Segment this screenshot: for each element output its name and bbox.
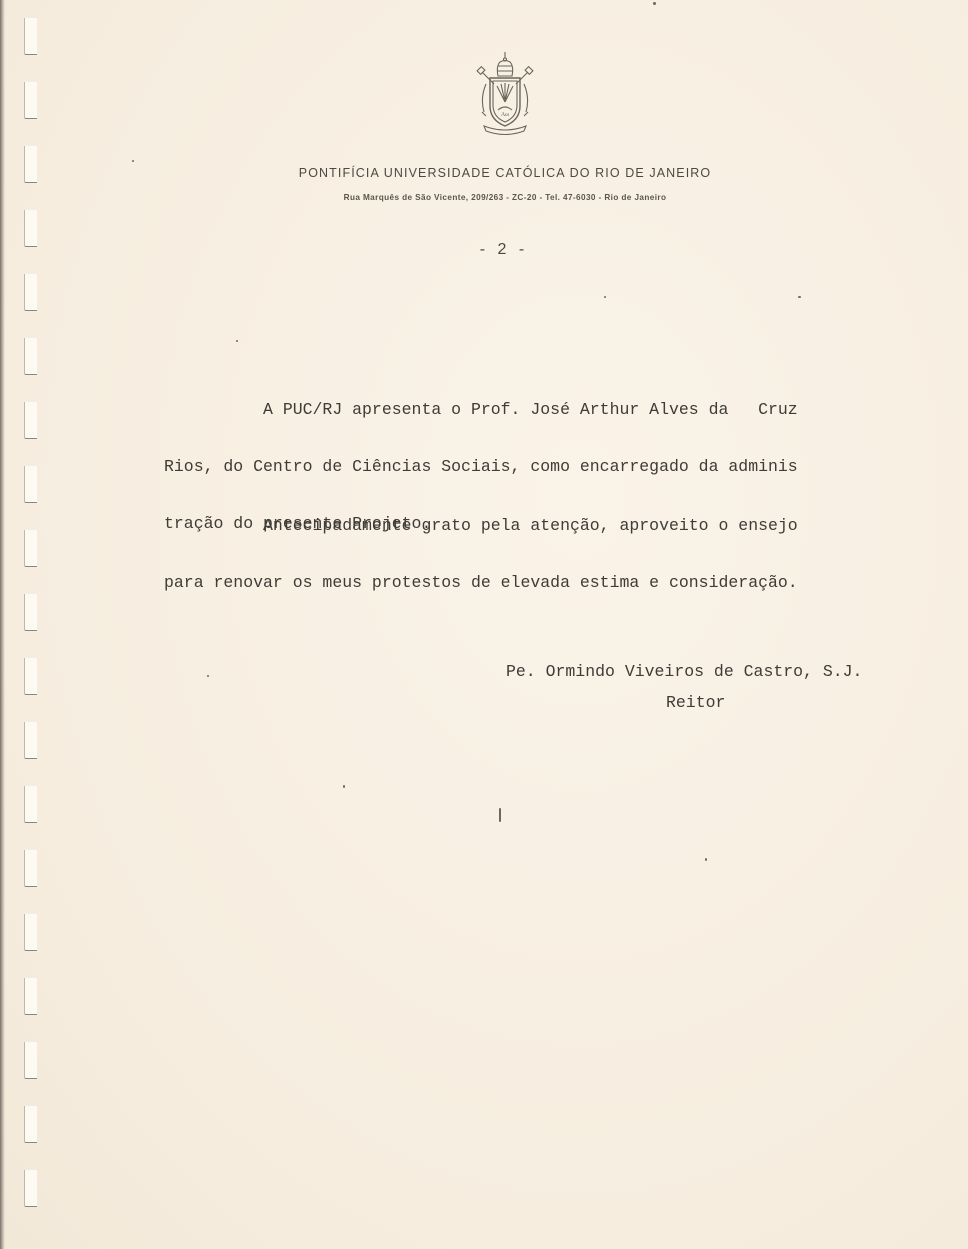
paper-speck xyxy=(653,2,656,5)
binding-hole xyxy=(24,722,37,759)
page-number: - 2 - xyxy=(474,241,534,259)
institution-name: PONTIFÍCIA UNIVERSIDADE CATÓLICA DO RIO … xyxy=(0,166,968,180)
paper-speck xyxy=(236,340,238,342)
paper-speck xyxy=(207,675,209,677)
binding-hole xyxy=(24,466,37,503)
paper-speck xyxy=(132,160,134,162)
binding-hole xyxy=(24,82,37,119)
text-line: Rios, do Centro de Ciências Sociais, com… xyxy=(164,457,904,476)
binding-hole xyxy=(24,786,37,823)
binding-hole xyxy=(24,402,37,439)
institution-address: Rua Marquês de São Vicente, 209/263 - ZC… xyxy=(0,193,968,202)
text-line: Antecipadamente grato pela atenção, apro… xyxy=(164,516,904,535)
binding-hole xyxy=(24,978,37,1015)
binding-hole xyxy=(24,1042,37,1079)
binding-hole xyxy=(24,18,37,55)
binding-hole xyxy=(24,594,37,631)
paragraph-closing: Antecipadamente grato pela atenção, apro… xyxy=(164,478,904,630)
document-page: Aω PONTIFÍCIA UNIVERSIDADE CATÓLICA DO R… xyxy=(0,0,968,1249)
paper-speck xyxy=(499,808,501,822)
binding-hole xyxy=(24,1106,37,1143)
binding-hole xyxy=(24,338,37,375)
binding-holes xyxy=(24,0,44,1249)
binding-hole xyxy=(24,274,37,311)
binding-hole xyxy=(24,210,37,247)
text-line: A PUC/RJ apresenta o Prof. José Arthur A… xyxy=(164,400,904,419)
binding-hole xyxy=(24,850,37,887)
binding-hole xyxy=(24,914,37,951)
binding-hole xyxy=(24,1170,37,1207)
page-edge-shadow xyxy=(0,0,5,1249)
text-line: para renovar os meus protestos de elevad… xyxy=(164,573,904,592)
binding-hole xyxy=(24,530,37,567)
signatory-name: Pe. Ormindo Viveiros de Castro, S.J. xyxy=(506,662,862,681)
binding-hole xyxy=(24,658,37,695)
paper-speck xyxy=(798,296,801,298)
signatory-title: Reitor xyxy=(666,693,725,712)
university-crest-icon: Aω xyxy=(472,50,538,136)
paper-speck xyxy=(604,296,606,298)
paper-speck xyxy=(343,785,345,788)
paper-speck xyxy=(705,858,707,861)
svg-text:Aω: Aω xyxy=(501,112,509,118)
